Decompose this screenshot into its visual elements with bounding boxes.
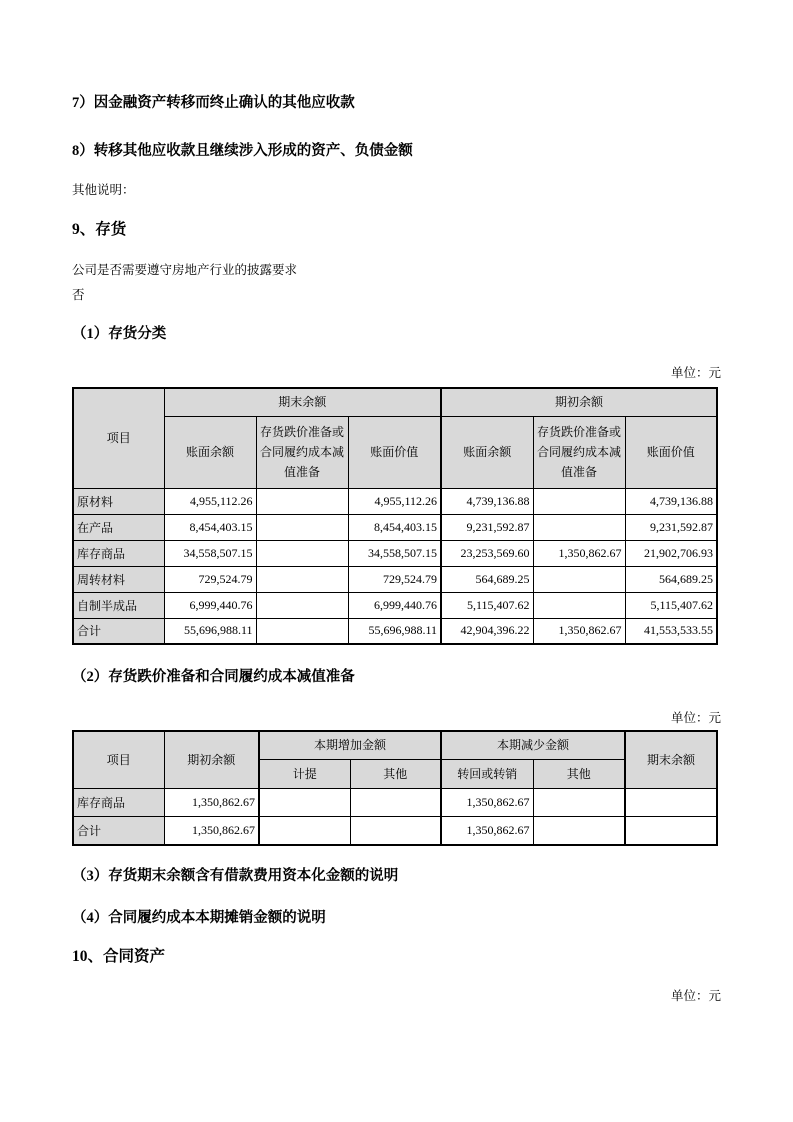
table-row: 自制半成品 6,999,440.76 6,999,440.76 5,115,40… — [73, 592, 717, 618]
cell-item: 周转材料 — [73, 566, 164, 592]
cell-item: 合计 — [73, 618, 164, 644]
table-subheader-row: 账面余额 存货跌价准备或合同履约成本减值准备 账面价值 账面余额 存货跌价准备或… — [73, 416, 717, 488]
col-header-beginning-balance: 期初余额 — [164, 731, 259, 788]
cell-beg-value: 5,115,407.62 — [625, 592, 717, 618]
cell-end-impairment — [256, 566, 348, 592]
cell-beg-balance: 4,739,136.88 — [441, 488, 533, 514]
col-header-beginning-balance-group: 期初余额 — [441, 388, 717, 416]
cell-end-balance: 55,696,988.11 — [164, 618, 256, 644]
col-header-other-decrease: 其他 — [533, 759, 625, 788]
cell-beg-value: 41,553,533.55 — [625, 618, 717, 644]
table-row: 在产品 8,454,403.15 8,454,403.15 9,231,592.… — [73, 514, 717, 540]
col-header-beginning-book-value: 账面价值 — [625, 416, 717, 488]
cell-end-value: 34,558,507.15 — [348, 540, 441, 566]
table-row-total: 合计 55,696,988.11 55,696,988.11 42,904,39… — [73, 618, 717, 644]
cell-beg-value: 564,689.25 — [625, 566, 717, 592]
heading-9-1-inventory-classification: （1）存货分类 — [72, 326, 721, 343]
cell-accrual — [259, 816, 350, 845]
col-header-decrease-group: 本期减少金额 — [441, 731, 625, 759]
note-other-explanation: 其他说明： — [72, 184, 721, 197]
col-header-accrual: 计提 — [259, 759, 350, 788]
cell-beg-impairment — [533, 566, 625, 592]
cell-item: 在产品 — [73, 514, 164, 540]
col-header-beginning-book-balance: 账面余额 — [441, 416, 533, 488]
col-header-beginning-impairment: 存货跌价准备或合同履约成本减值准备 — [533, 416, 625, 488]
col-header-ending-balance: 期末余额 — [625, 731, 717, 788]
cell-end-impairment — [256, 514, 348, 540]
cell-other-decrease — [533, 816, 625, 845]
table-row-total: 合计 1,350,862.67 1,350,862.67 — [73, 816, 717, 845]
cell-reversal: 1,350,862.67 — [441, 816, 533, 845]
cell-end-impairment — [256, 618, 348, 644]
cell-beginning: 1,350,862.67 — [164, 788, 259, 816]
cell-end-value: 55,696,988.11 — [348, 618, 441, 644]
cell-ending — [625, 816, 717, 845]
cell-beg-impairment: 1,350,862.67 — [533, 540, 625, 566]
document-content: 7）因金融资产转移而终止确认的其他应收款 8）转移其他应收款且继续涉入形成的资产… — [72, 0, 721, 1003]
document-page: 7）因金融资产转移而终止确认的其他应收款 8）转移其他应收款且继续涉入形成的资产… — [0, 0, 793, 1122]
cell-other-increase — [350, 816, 441, 845]
cell-beg-value: 21,902,706.93 — [625, 540, 717, 566]
unit-label-3: 单位：元 — [72, 990, 721, 1003]
cell-beg-impairment — [533, 514, 625, 540]
col-header-ending-book-balance: 账面余额 — [164, 416, 256, 488]
col-header-increase-group: 本期增加金额 — [259, 731, 441, 759]
cell-reversal: 1,350,862.67 — [441, 788, 533, 816]
cell-beg-impairment — [533, 592, 625, 618]
cell-end-impairment — [256, 592, 348, 618]
cell-beg-impairment: 1,350,862.67 — [533, 618, 625, 644]
unit-label-1: 单位：元 — [72, 367, 721, 380]
heading-10-contract-assets: 10、合同资产 — [72, 948, 721, 966]
cell-end-balance: 4,955,112.26 — [164, 488, 256, 514]
cell-beg-balance: 23,253,569.60 — [441, 540, 533, 566]
cell-accrual — [259, 788, 350, 816]
inventory-classification-table: 项目 期末余额 期初余额 账面余额 存货跌价准备或合同履约成本减值准备 账面价值… — [72, 387, 718, 645]
table-row: 周转材料 729,524.79 729,524.79 564,689.25 56… — [73, 566, 717, 592]
cell-beg-balance: 564,689.25 — [441, 566, 533, 592]
cell-end-balance: 34,558,507.15 — [164, 540, 256, 566]
col-header-ending-book-value: 账面价值 — [348, 416, 441, 488]
unit-label-2: 单位：元 — [72, 712, 721, 725]
cell-end-value: 4,955,112.26 — [348, 488, 441, 514]
cell-beg-balance: 5,115,407.62 — [441, 592, 533, 618]
table-row: 库存商品 1,350,862.67 1,350,862.67 — [73, 788, 717, 816]
cell-item: 库存商品 — [73, 540, 164, 566]
cell-beg-value: 4,739,136.88 — [625, 488, 717, 514]
col-header-item: 项目 — [73, 388, 164, 488]
cell-end-balance: 6,999,440.76 — [164, 592, 256, 618]
cell-end-impairment — [256, 540, 348, 566]
heading-9-4-contract-cost-amortization: （4）合同履约成本本期摊销金额的说明 — [72, 910, 721, 927]
heading-9-2-impairment-provision: （2）存货跌价准备和合同履约成本减值准备 — [72, 669, 721, 686]
cell-beg-value: 9,231,592.87 — [625, 514, 717, 540]
table-row: 原材料 4,955,112.26 4,955,112.26 4,739,136.… — [73, 488, 717, 514]
heading-8-transferred-other-receivables: 8）转移其他应收款且继续涉入形成的资产、负债金额 — [72, 143, 721, 160]
table-header-row: 项目 期初余额 本期增加金额 本期减少金额 期末余额 — [73, 731, 717, 759]
table-header-row: 项目 期末余额 期初余额 — [73, 388, 717, 416]
cell-beginning: 1,350,862.67 — [164, 816, 259, 845]
text-disclosure-question: 公司是否需要遵守房地产行业的披露要求 — [72, 264, 721, 277]
cell-item: 合计 — [73, 816, 164, 845]
cell-beg-balance: 42,904,396.22 — [441, 618, 533, 644]
col-header-reversal: 转回或转销 — [441, 759, 533, 788]
cell-other-decrease — [533, 788, 625, 816]
col-header-other-increase: 其他 — [350, 759, 441, 788]
text-disclosure-answer: 否 — [72, 289, 721, 302]
cell-item: 原材料 — [73, 488, 164, 514]
cell-beg-balance: 9,231,592.87 — [441, 514, 533, 540]
cell-end-balance: 8,454,403.15 — [164, 514, 256, 540]
heading-9-3-capitalized-borrowing-costs: （3）存货期末余额含有借款费用资本化金额的说明 — [72, 868, 721, 885]
col-header-item: 项目 — [73, 731, 164, 788]
col-header-ending-balance-group: 期末余额 — [164, 388, 441, 416]
heading-7-derecognized-other-receivables: 7）因金融资产转移而终止确认的其他应收款 — [72, 95, 721, 112]
col-header-ending-impairment: 存货跌价准备或合同履约成本减值准备 — [256, 416, 348, 488]
cell-end-value: 8,454,403.15 — [348, 514, 441, 540]
cell-end-balance: 729,524.79 — [164, 566, 256, 592]
cell-other-increase — [350, 788, 441, 816]
cell-beg-impairment — [533, 488, 625, 514]
cell-end-value: 729,524.79 — [348, 566, 441, 592]
table-row: 库存商品 34,558,507.15 34,558,507.15 23,253,… — [73, 540, 717, 566]
cell-ending — [625, 788, 717, 816]
impairment-provision-table: 项目 期初余额 本期增加金额 本期减少金额 期末余额 计提 其他 转回或转销 其… — [72, 730, 718, 846]
heading-9-inventory: 9、存货 — [72, 221, 721, 239]
cell-end-impairment — [256, 488, 348, 514]
cell-item: 自制半成品 — [73, 592, 164, 618]
cell-item: 库存商品 — [73, 788, 164, 816]
cell-end-value: 6,999,440.76 — [348, 592, 441, 618]
